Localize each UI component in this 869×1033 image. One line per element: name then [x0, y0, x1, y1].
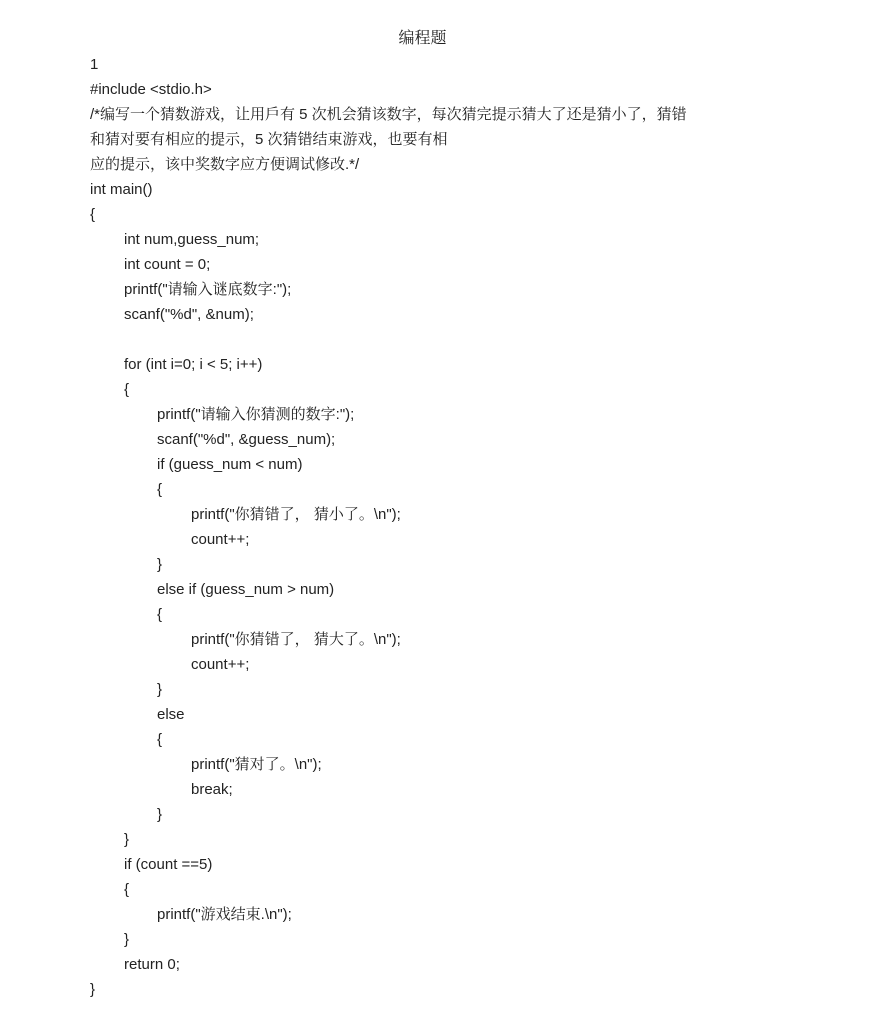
- code-line: #include <stdio.h>: [90, 77, 790, 102]
- code-line: {: [90, 202, 790, 227]
- code-line: }: [90, 927, 790, 952]
- code-line: }: [90, 827, 790, 852]
- code-line: int main(): [90, 177, 790, 202]
- code-line: }: [90, 677, 790, 702]
- page-title: 编程题: [0, 28, 845, 50]
- code-line: printf("游戏结束.\n");: [90, 902, 790, 927]
- question-number: 1: [90, 52, 790, 77]
- code-line: printf("请输入谜底数字:");: [90, 277, 790, 302]
- code-line: else: [90, 702, 790, 727]
- code-line: if (count ==5): [90, 852, 790, 877]
- code-line: count++;: [90, 652, 790, 677]
- code-line: printf("猜对了。\n");: [90, 752, 790, 777]
- code-line: {: [90, 377, 790, 402]
- code-line: 应的提示，该中奖数字应方便调试修改.*/: [90, 152, 790, 177]
- code-line: {: [90, 477, 790, 502]
- code-line: 和猜对要有相应的提示，5 次猜错结束游戏，也要有相: [90, 127, 790, 152]
- code-line: scanf("%d", &num);: [90, 302, 790, 327]
- code-line: }: [90, 802, 790, 827]
- code-line: }: [90, 552, 790, 577]
- code-block: #include <stdio.h>/*编写一个猜数游戏，让用戶有 5 次机会猜…: [90, 77, 790, 1002]
- code-line: for (int i=0; i < 5; i++): [90, 352, 790, 377]
- code-line: scanf("%d", &guess_num);: [90, 427, 790, 452]
- code-line: int num,guess_num;: [90, 227, 790, 252]
- code-line: count++;: [90, 527, 790, 552]
- code-line: }: [90, 977, 790, 1002]
- code-line: {: [90, 602, 790, 627]
- code-line: printf("请输入你猜测的数字:");: [90, 402, 790, 427]
- code-line: return 0;: [90, 952, 790, 977]
- code-line: printf("你猜错了， 猜大了。\n");: [90, 627, 790, 652]
- code-line: {: [90, 727, 790, 752]
- code-line: break;: [90, 777, 790, 802]
- code-line: else if (guess_num > num): [90, 577, 790, 602]
- code-line: if (guess_num < num): [90, 452, 790, 477]
- code-line: printf("你猜错了， 猜小了。\n");: [90, 502, 790, 527]
- code-line: int count = 0;: [90, 252, 790, 277]
- code-line: [90, 327, 790, 352]
- code-line: {: [90, 877, 790, 902]
- code-line: /*编写一个猜数游戏，让用戶有 5 次机会猜该数字，每次猜完提示猜大了还是猜小了…: [90, 102, 790, 127]
- document-body: 1 #include <stdio.h>/*编写一个猜数游戏，让用戶有 5 次机…: [90, 52, 790, 1002]
